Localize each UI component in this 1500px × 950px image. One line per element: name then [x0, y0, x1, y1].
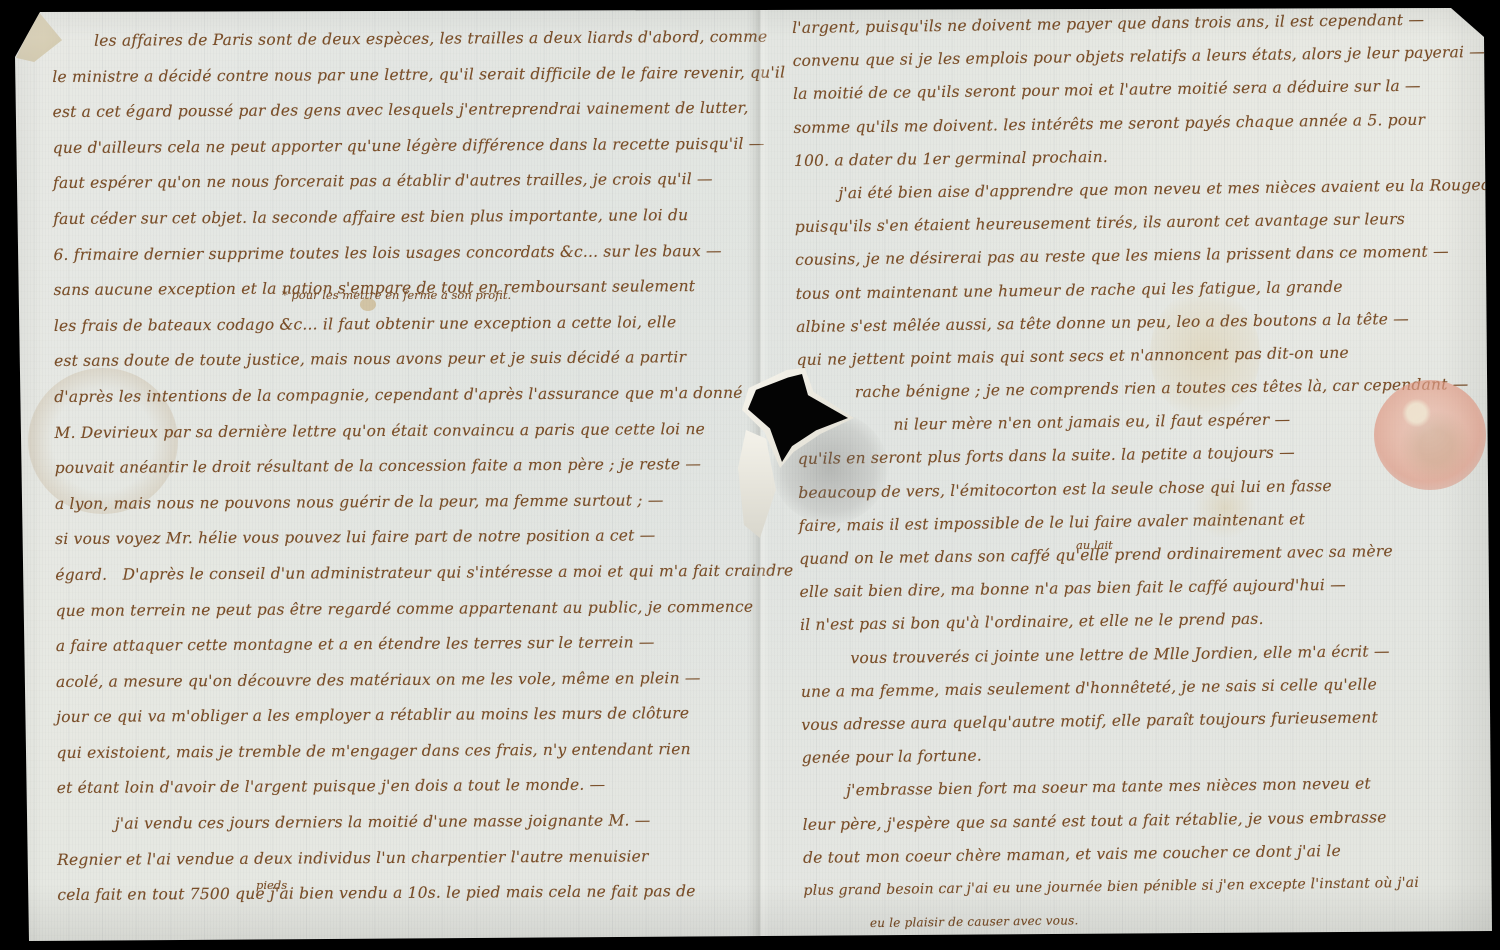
manuscript-line: a lyon, mais nous ne pouvons nous guérir…	[55, 482, 755, 522]
wax-seal-stain	[1374, 380, 1486, 490]
photograph-background: les affaires de Paris sont de deux espèc…	[0, 0, 1500, 950]
manuscript-line: est sans doute de toute justice, mais no…	[54, 340, 754, 380]
manuscript-line: jour ce qui va m'obliger a les employer …	[56, 696, 756, 736]
manuscript-line: faut céder sur cet objet. la seconde aff…	[53, 198, 753, 238]
manuscript-line: que mon terrein ne peut pas être regardé…	[55, 589, 755, 629]
manuscript-line: cela fait en tout 7500 que j'ai bien ven…	[57, 874, 757, 914]
left-page: les affaires de Paris sont de deux espèc…	[52, 20, 757, 914]
manuscript-line: j'ai vendu ces jours derniers la moitié …	[57, 803, 757, 843]
manuscript-line: Regnier et l'ai vendue a deux individus …	[57, 838, 757, 878]
manuscript-line: qui existoient, mais je tremble de m'eng…	[56, 732, 756, 772]
manuscript-line: acolé, a mesure qu'on découvre des matér…	[56, 660, 756, 700]
superscript-annotation-pieds: pieds	[256, 878, 287, 892]
manuscript-line: le ministre a décidé contre nous par une…	[52, 55, 752, 95]
manuscript-line: faut espérer qu'on ne nous forcerait pas…	[53, 162, 753, 202]
manuscript-line: les frais de bateaux codago &c... il fau…	[54, 304, 754, 344]
manuscript-line: a faire attaquer cette montagne et a en …	[56, 625, 756, 665]
manuscript-line: que d'ailleurs cela ne peut apporter qu'…	[53, 127, 753, 167]
manuscript-line: M. Devirieux par sa dernière lettre qu'o…	[54, 411, 754, 451]
manuscript-line: les affaires de Paris sont de deux espèc…	[52, 20, 752, 60]
manuscript-line: d'après les intentions de la compagnie, …	[54, 376, 754, 416]
left-page-lines: les affaires de Paris sont de deux espèc…	[52, 20, 757, 914]
manuscript-line: pouvait anéantir le droit résultant de l…	[55, 447, 755, 487]
superscript-annotation-au-lait: au lait	[1076, 538, 1113, 552]
manuscript-line: 6. frimaire dernier supprime toutes les …	[53, 233, 753, 273]
manuscript-line: est a cet égard poussé par des gens avec…	[52, 91, 752, 131]
manuscript-line: si vous voyez Mr. hélie vous pouvez lui …	[55, 518, 755, 558]
manuscript-line: et étant loin d'avoir de l'argent puisqu…	[57, 767, 757, 807]
interline-annotation: * pour les mettre en ferme a son profit.	[282, 288, 511, 302]
letter-sheet: les affaires de Paris sont de deux espèc…	[0, 0, 1500, 950]
manuscript-line: égard. D'après le conseil d'un administr…	[55, 554, 755, 594]
